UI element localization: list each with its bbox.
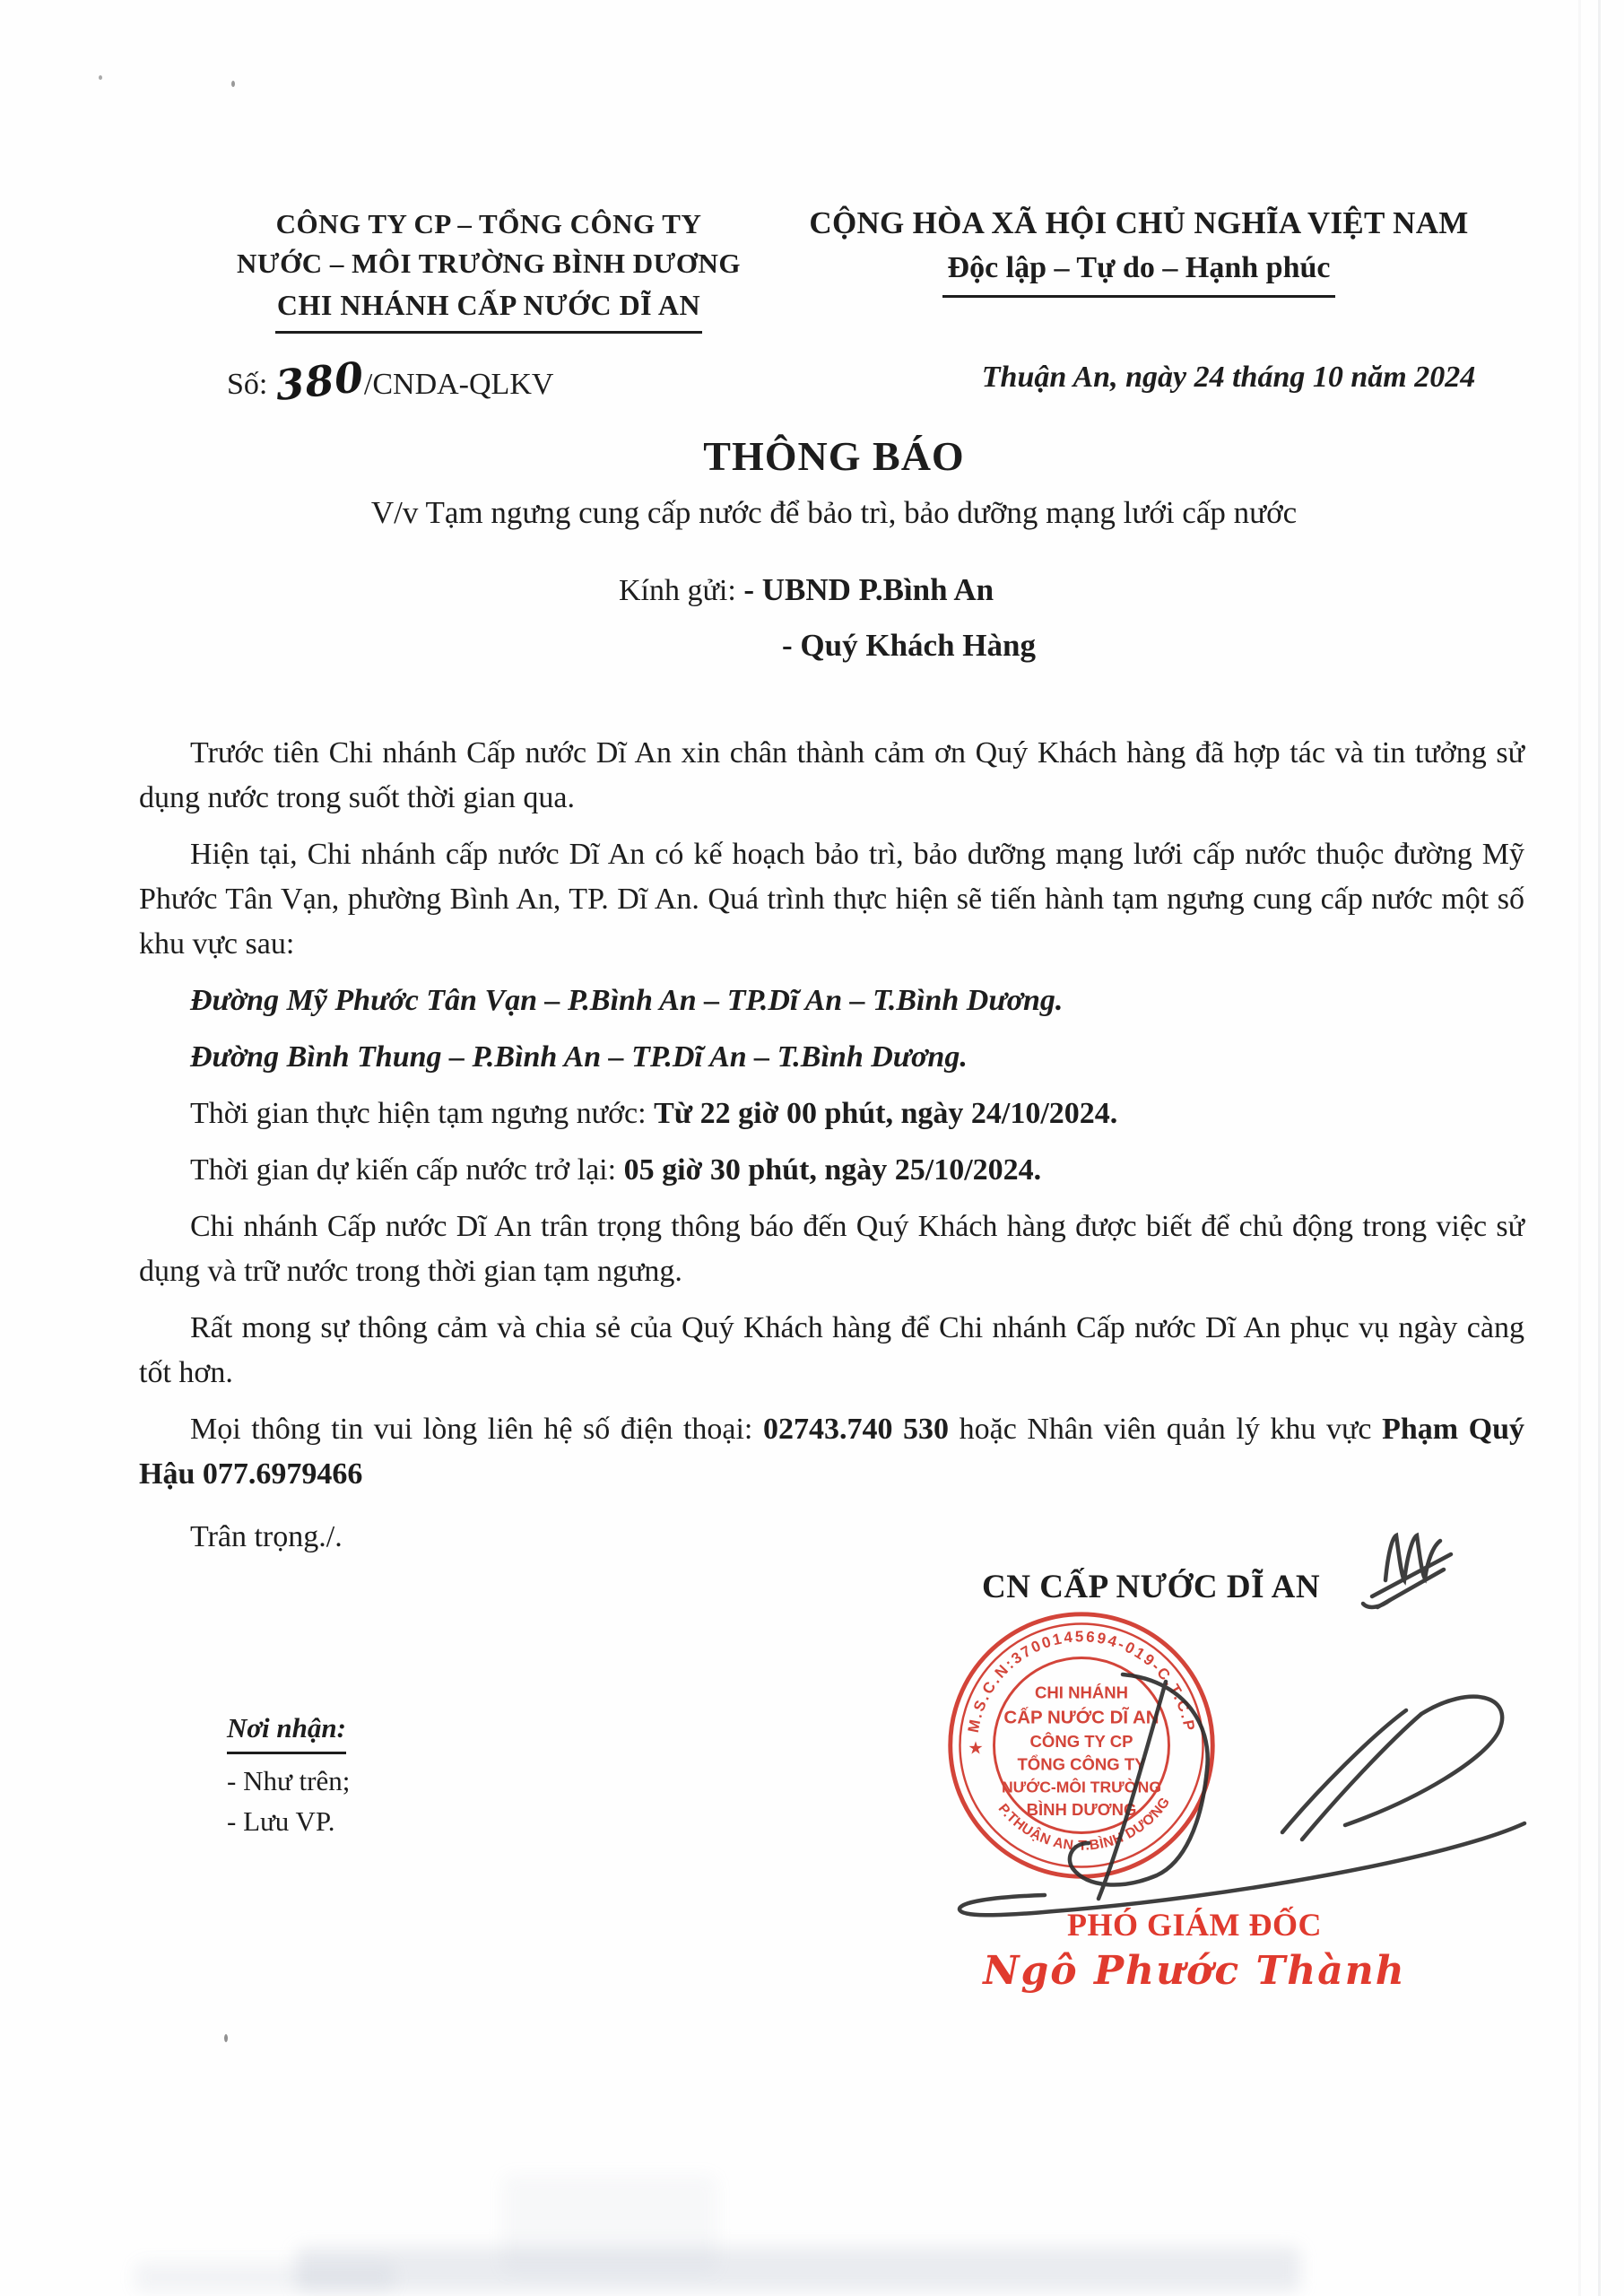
recipient-item-1: - Như trên; <box>227 1761 350 1802</box>
scan-streak <box>1598 0 1601 2296</box>
paragraph-thanks: Trước tiên Chi nhánh Cấp nước Dĩ An xin … <box>139 731 1524 821</box>
doc-number-label: Số: <box>227 368 267 401</box>
closing-line: Trân trọng./. <box>139 1520 677 1554</box>
scan-shadow <box>296 2247 1300 2292</box>
resume-time-line: Thời gian dự kiến cấp nước trở lại: 05 g… <box>139 1148 1524 1193</box>
paragraph-contact: Mọi thông tin vui lòng liên hệ số điện t… <box>139 1407 1524 1497</box>
salutation-block: Kính gửi: - UBND P.Bình An - Quý Khách H… <box>619 574 1036 662</box>
place-date-line: Thuận An, ngày 24 tháng 10 năm 2024 <box>915 361 1542 395</box>
salutation-row1: Kính gửi: - UBND P.Bình An <box>619 574 1036 606</box>
branch-name: CHI NHÁNH CẤP NƯỚC DĨ AN <box>275 285 702 334</box>
resume-time-label: Thời gian dự kiến cấp nước trở lại: <box>190 1153 624 1187</box>
national-motto-block: CỘNG HÒA XÃ HỘI CHỦ NGHĨA VIỆT NAM Độc l… <box>762 201 1515 298</box>
recipients-label: Nơi nhận: <box>227 1709 346 1754</box>
stop-time-value: Từ 22 giờ 00 phút, ngày 24/10/2024. <box>654 1097 1117 1130</box>
company-name-line2: NƯỚC – MÔI TRƯỜNG BÌNH DƯƠNG <box>211 244 767 283</box>
paragraph-apology: Rất mong sự thông cảm và chia sẻ của Quý… <box>139 1306 1524 1396</box>
recipients-block: Nơi nhận: - Như trên; - Lưu VP. <box>227 1709 350 1842</box>
document-title: THÔNG BÁO <box>81 432 1587 480</box>
contact-text-1: Mọi thông tin vui lòng liên hệ số điện t… <box>190 1413 763 1446</box>
national-header: CỘNG HÒA XÃ HỘI CHỦ NGHĨA VIỆT NAM <box>762 201 1515 245</box>
scan-shadow <box>502 2175 717 2274</box>
issuing-company-block: CÔNG TY CP – TỔNG CÔNG TY NƯỚC – MÔI TRƯ… <box>211 204 767 334</box>
salutation-recipient1: - UBND P.Bình An <box>743 572 994 607</box>
scanned-letter-page: CÔNG TY CP – TỔNG CÔNG TY NƯỚC – MÔI TRƯ… <box>0 0 1624 2296</box>
salutation-row2: - Quý Khách Hàng <box>619 630 1036 662</box>
letter-body: Trước tiên Chi nhánh Cấp nước Dĩ An xin … <box>139 731 1524 1497</box>
signer-name: Ngô Phước Thành <box>979 1948 1410 1994</box>
signer-position: PHÓ GIÁM ĐỐC <box>988 1906 1401 1944</box>
document-subject: V/v Tạm ngưng cung cấp nước để bảo trì, … <box>81 495 1587 531</box>
paragraph-plan: Hiện tại, Chi nhánh cấp nước Dĩ An có kế… <box>139 832 1524 967</box>
scan-shadow <box>135 2262 395 2292</box>
stop-time-line: Thời gian thực hiện tạm ngưng nước: Từ 2… <box>139 1091 1524 1136</box>
resume-time-value: 05 giờ 30 phút, ngày 25/10/2024. <box>624 1153 1042 1187</box>
contact-phone: 02743.740 530 <box>763 1413 949 1446</box>
recipient-item-2: - Lưu VP. <box>227 1802 350 1842</box>
paragraph-notice: Chi nhánh Cấp nước Dĩ An trân trọng thôn… <box>139 1205 1524 1294</box>
signing-unit-heading: CN CẤP NƯỚC DĨ AN <box>982 1568 1320 1606</box>
doc-number-suffix: /CNDA-QLKV <box>364 368 554 401</box>
stop-time-label: Thời gian thực hiện tạm ngưng nước: <box>190 1097 654 1130</box>
salutation-recipient2: - Quý Khách Hàng <box>782 628 1036 663</box>
salutation-label: Kính gửi: <box>619 574 736 607</box>
scan-speck <box>99 75 102 80</box>
scan-speck <box>224 2034 228 2042</box>
company-name-line1: CÔNG TY CP – TỔNG CÔNG TY <box>211 204 767 244</box>
scan-speck <box>231 81 235 87</box>
contact-text-2: hoặc Nhân viên quản lý khu vực <box>949 1413 1382 1446</box>
affected-street-1: Đường Mỹ Phước Tân Vạn – P.Bình An – TP.… <box>139 978 1524 1023</box>
doc-number-handwritten: 380 <box>274 352 367 410</box>
document-number-line: Số: 380/CNDA-QLKV <box>227 355 553 404</box>
affected-street-2: Đường Bình Thung – P.Bình An – TP.Dĩ An … <box>139 1035 1524 1080</box>
national-motto: Độc lập – Tự do – Hạnh phúc <box>942 247 1336 298</box>
